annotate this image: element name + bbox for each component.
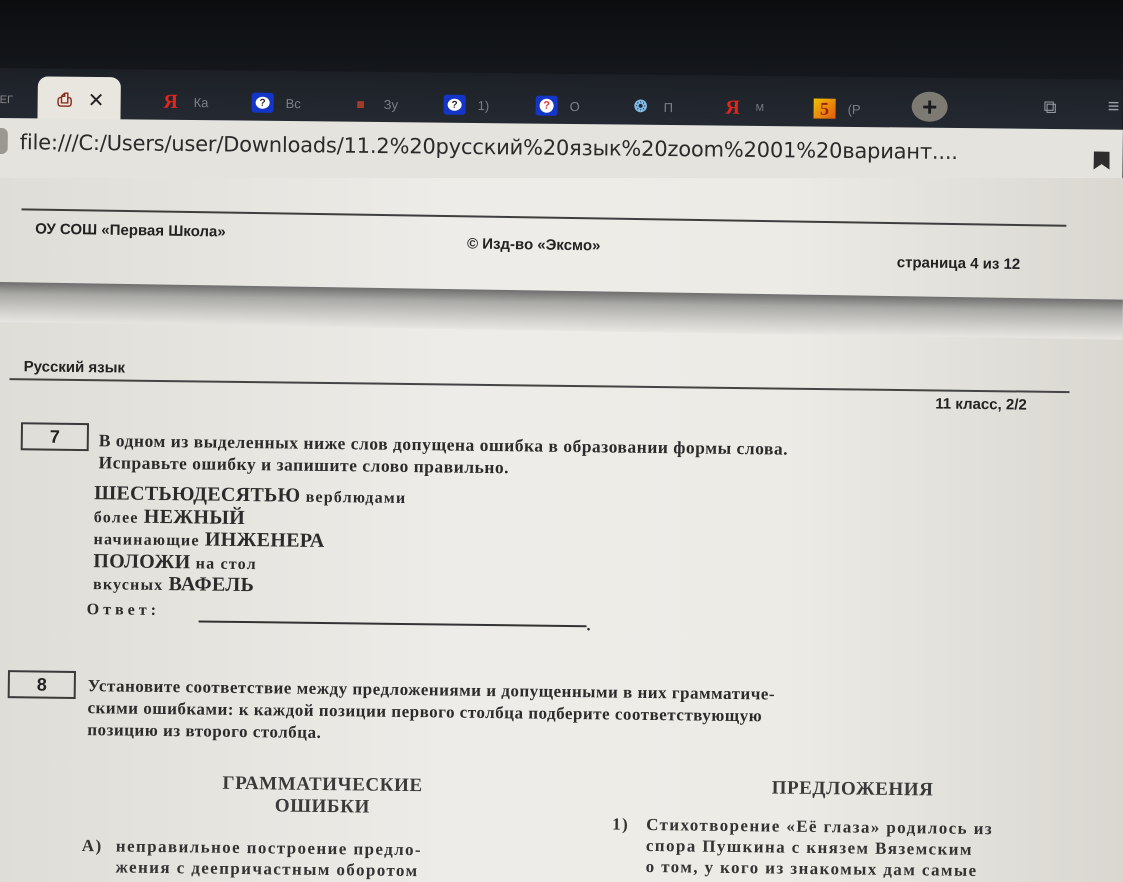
tab-question-1[interactable]: ? Вс: [251, 85, 301, 122]
tabs-overview-icon[interactable]: ⧉: [1044, 97, 1057, 118]
column-header-errors: ГРАММАТИЧЕСКИЕ ОШИБКИ: [172, 772, 473, 820]
task-7-number: 7: [21, 422, 89, 451]
tab-label: Ка: [194, 95, 209, 110]
yandex-icon: Я: [722, 98, 744, 118]
page-grade: 11 класс, 2/2: [935, 395, 1027, 413]
tab-briefcase[interactable]: ■ Зу: [349, 86, 398, 123]
tab-label: 1): [478, 98, 490, 113]
tab-education[interactable]: ❂ П: [629, 89, 673, 125]
background-dark-area: [0, 0, 1123, 80]
question-circle-icon: ?: [536, 96, 558, 116]
tab-yandex-2[interactable]: Я М: [721, 90, 764, 126]
error-label: А): [82, 835, 103, 856]
tab-label: Вс: [286, 95, 301, 110]
word-item: ШЕСТЬЮДЕСЯТЬЮ верблюдами: [94, 483, 407, 509]
close-tab-icon[interactable]: ✕: [88, 87, 105, 112]
task-7-text: В одном из выделенных ниже слов допущена…: [98, 429, 788, 481]
back-button-partial[interactable]: [0, 128, 8, 154]
tab-five[interactable]: 5 (Р: [813, 91, 860, 127]
tab-label: ЕГ: [0, 94, 13, 106]
footer-publisher: © Изд-во «Эксмо»: [467, 235, 601, 254]
five-icon: 5: [814, 99, 836, 119]
error-item-a: А) неправильное построение предло- жения…: [115, 835, 555, 882]
tab-label: П: [664, 99, 674, 114]
sentence-label: 1): [612, 814, 629, 835]
column-header-sentences: ПРЕДЛОЖЕНИЯ: [732, 777, 972, 802]
tab-yandex-1[interactable]: Я Ка: [159, 84, 208, 121]
tab-label: (Р: [848, 101, 861, 116]
tab-label: О: [570, 98, 580, 113]
briefcase-icon: ■: [350, 94, 372, 114]
tab-question-2[interactable]: ? 1): [443, 87, 489, 123]
question-bubble-icon: ?: [252, 93, 274, 113]
page-subject: Русский язык: [24, 358, 126, 376]
word-item: вкусных ВАФЕЛЬ: [93, 573, 406, 599]
education-icon: ❂: [630, 97, 652, 117]
question-bubble-icon: ?: [444, 95, 466, 115]
menu-icon[interactable]: ≡: [1108, 96, 1120, 119]
answer-label: Ответ:: [87, 601, 160, 620]
column-header-line: ОШИБКИ: [172, 794, 472, 820]
url-text[interactable]: file:///C:/Users/user/Downloads/11.2%20р…: [20, 130, 958, 164]
tab-active-pdf[interactable]: ⎙ ✕: [37, 76, 120, 123]
task-8-text: Установите соответствие между предложени…: [87, 675, 775, 749]
tab-question-3[interactable]: ? О: [535, 88, 579, 124]
sentence-item-1: 1) Стихотворение «Её глаза» родилось из …: [646, 814, 1107, 882]
new-tab-button[interactable]: +: [911, 92, 947, 122]
tab-label: Зу: [384, 97, 399, 112]
tab-partial[interactable]: ЕГ: [0, 82, 13, 118]
yandex-icon: Я: [160, 92, 182, 112]
error-line: жения с деепричастным оборотом: [115, 856, 555, 882]
tab-label: М: [756, 102, 764, 113]
task-8-number: 8: [8, 670, 76, 699]
pdf-icon: ⎙: [54, 90, 76, 110]
footer-school: ОУ СОШ «Первая Школа»: [35, 221, 226, 241]
task-7-word-list: ШЕСТЬЮДЕСЯТЬЮ верблюдами более НЕЖНЫЙ на…: [93, 483, 407, 599]
footer-page-number: страница 4 из 12: [897, 254, 1021, 273]
previous-page-footer: ОУ СОШ «Первая Школа» © Изд-во «Эксмо» с…: [0, 178, 1123, 196]
bookmark-icon[interactable]: [1094, 151, 1110, 169]
answer-period: .: [586, 617, 590, 635]
